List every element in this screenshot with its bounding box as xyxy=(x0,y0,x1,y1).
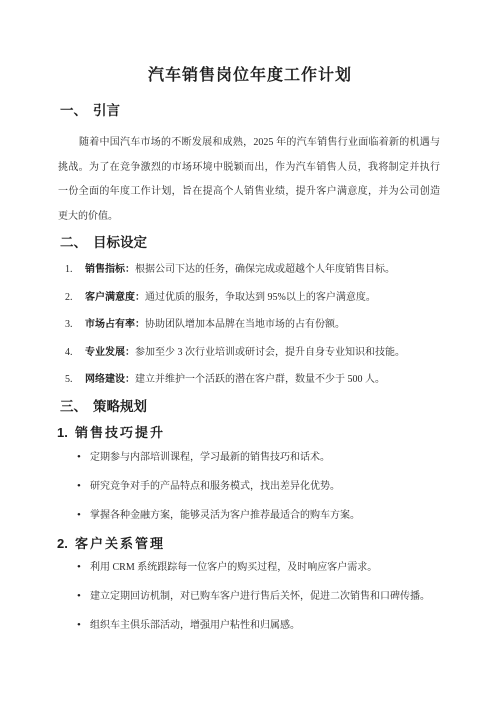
bullet-list-sales-skills: •定期参与内部培训课程，学习最新的销售技巧和话术。 •研究竞争对手的产品特点和服… xyxy=(77,443,487,530)
list-item: •组织车主俱乐部活动，增强用户粘性和归属感。 xyxy=(77,611,487,640)
list-item: •利用 CRM 系统跟踪每一位客户的购买过程，及时响应客户需求。 xyxy=(77,553,487,582)
list-item: •定期参与内部培训课程，学习最新的销售技巧和话术。 xyxy=(77,443,487,472)
list-item: 4.专业发展：参加至少 3 次行业培训或研讨会，提升自身专业知识和技能。 xyxy=(65,339,460,367)
goals-list: 1.销售指标：根据公司下达的任务，确保完成或超越个人年度销售目标。 2.客户满意… xyxy=(65,256,460,394)
section-number: 二、 xyxy=(60,235,87,250)
goal-term: 市场占有率： xyxy=(85,319,145,330)
bullet-text: 研究竞争对手的产品特点和服务模式，找出差异化优势。 xyxy=(90,481,340,492)
subsection-heading-sales-skills: 1.销售技巧提升 xyxy=(57,424,165,442)
list-item: 5.网络建设：建立并维护一个活跃的潜在客户群，数量不少于 500 人。 xyxy=(65,366,460,394)
bullet-text: 定期参与内部培训课程，学习最新的销售技巧和话术。 xyxy=(90,452,330,463)
goal-term: 专业发展： xyxy=(85,347,135,358)
bullet-icon: • xyxy=(77,553,90,581)
paragraph-line: 一份全面的年度工作计划，旨在提高个人销售业绩，提升客户满意度，并为公司创造 xyxy=(58,180,440,205)
list-number: 2. xyxy=(65,284,85,312)
goal-text: 根据公司下达的任务，确保完成或超越个人年度销售目标。 xyxy=(135,264,395,275)
goal-text: 参加至少 3 次行业培训或研讨会，提升自身专业知识和技能。 xyxy=(135,347,405,358)
bullet-text: 建立定期回访机制，对已购车客户进行售后关怀，促进二次销售和口碑传播。 xyxy=(90,591,430,602)
subsection-number: 1. xyxy=(57,424,75,442)
bullet-text: 组织车主俱乐部活动，增强用户粘性和归属感。 xyxy=(90,620,300,631)
bullet-icon: • xyxy=(77,443,90,471)
goal-text: 通过优质的服务，争取达到 95%以上的客户满意度。 xyxy=(145,292,376,303)
goal-text: 协助团队增加本品牌在当地市场的占有份额。 xyxy=(145,319,345,330)
section-title: 策略规划 xyxy=(93,399,147,414)
bullet-text: 利用 CRM 系统跟踪每一位客户的购买过程，及时响应客户需求。 xyxy=(90,562,377,573)
paragraph-line: 更大的价值。 xyxy=(58,205,440,230)
list-item: 3.市场占有率：协助团队增加本品牌在当地市场的占有份额。 xyxy=(65,311,460,339)
list-item: •研究竞争对手的产品特点和服务模式，找出差异化优势。 xyxy=(77,472,487,501)
intro-paragraph: 随着中国汽车市场的不断发展和成熟，2025 年的汽车销售行业面临着新的机遇与 挑… xyxy=(58,131,440,229)
section-title: 引言 xyxy=(93,103,120,118)
list-number: 3. xyxy=(65,311,85,339)
subsection-heading-crm: 2.客户关系管理 xyxy=(57,535,165,553)
document-title: 汽车销售岗位年度工作计划 xyxy=(0,66,500,86)
list-number: 5. xyxy=(65,366,85,394)
section-heading-strategy: 三、策略规划 xyxy=(60,398,147,416)
bullet-icon: • xyxy=(77,501,90,529)
section-number: 三、 xyxy=(60,399,87,414)
section-heading-intro: 一、引言 xyxy=(60,102,120,120)
section-heading-goals: 二、目标设定 xyxy=(60,234,147,252)
goal-term: 网络建设： xyxy=(85,374,135,385)
goal-term: 销售指标： xyxy=(85,264,135,275)
bullet-text: 掌握各种金融方案，能够灵活为客户推荐最适合的购车方案。 xyxy=(90,510,360,521)
paragraph-line: 随着中国汽车市场的不断发展和成熟，2025 年的汽车销售行业面临着新的机遇与 xyxy=(58,131,440,156)
list-number: 4. xyxy=(65,339,85,367)
section-title: 目标设定 xyxy=(93,235,147,250)
goal-term: 客户满意度： xyxy=(85,292,145,303)
list-item: •建立定期回访机制，对已购车客户进行售后关怀，促进二次销售和口碑传播。 xyxy=(77,582,487,611)
list-item: 1.销售指标：根据公司下达的任务，确保完成或超越个人年度销售目标。 xyxy=(65,256,460,284)
bullet-icon: • xyxy=(77,582,90,610)
subsection-number: 2. xyxy=(57,535,75,553)
bullet-icon: • xyxy=(77,472,90,500)
goal-text: 建立并维护一个活跃的潜在客户群，数量不少于 500 人。 xyxy=(135,374,385,385)
list-number: 1. xyxy=(65,256,85,284)
list-item: •掌握各种金融方案，能够灵活为客户推荐最适合的购车方案。 xyxy=(77,501,487,530)
bullet-icon: • xyxy=(77,611,90,639)
bullet-list-crm: •利用 CRM 系统跟踪每一位客户的购买过程，及时响应客户需求。 •建立定期回访… xyxy=(77,553,487,640)
list-item: 2.客户满意度：通过优质的服务，争取达到 95%以上的客户满意度。 xyxy=(65,284,460,312)
paragraph-line: 挑战。为了在竞争激烈的市场环境中脱颖而出，作为汽车销售人员，我将制定并执行 xyxy=(58,156,440,181)
section-number: 一、 xyxy=(60,103,87,118)
subsection-title: 客户关系管理 xyxy=(75,536,165,551)
subsection-title: 销售技巧提升 xyxy=(75,425,165,440)
document-page: 汽车销售岗位年度工作计划 一、引言 随着中国汽车市场的不断发展和成熟，2025 … xyxy=(0,0,500,707)
